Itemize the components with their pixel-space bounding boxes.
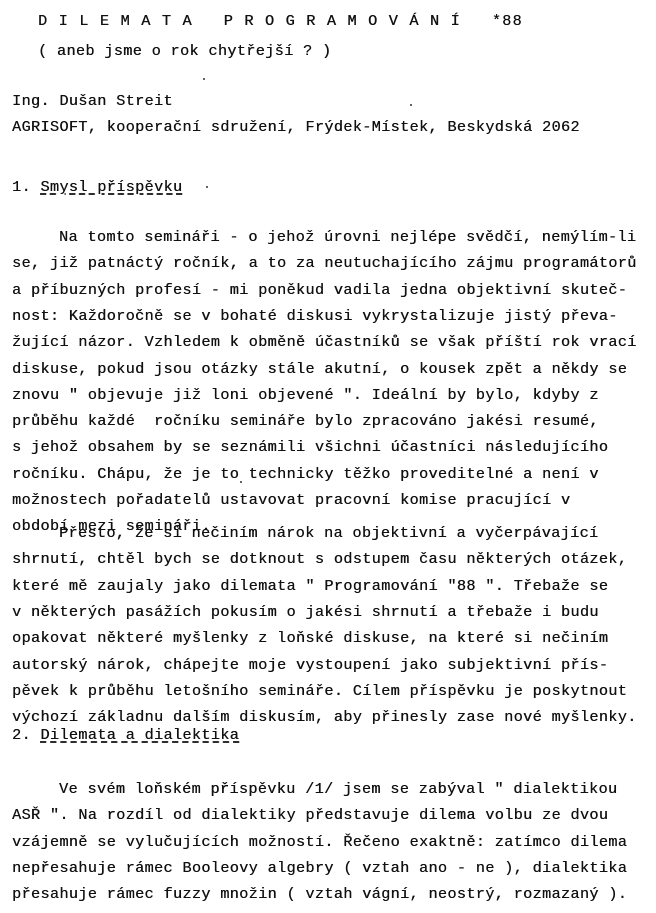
text-line: opakovat některé myšlenky z loňské disku… xyxy=(12,629,608,647)
scan-speck xyxy=(206,186,208,188)
text-line: shrnutí, chtěl bych se dotknout s odstup… xyxy=(12,550,627,568)
text-line: vzájemně se vylučujících možností. Řečen… xyxy=(12,833,627,851)
text-line: Na tomto semináři - o jehož úrovni nejlé… xyxy=(59,228,636,246)
text-line: nepřesahuje rámec Booleovy algebry ( vzt… xyxy=(12,859,627,877)
text-line: se, již patnáctý ročník, a to za neutuch… xyxy=(12,254,637,272)
section-number: 1. xyxy=(12,178,31,196)
text-line: ASŘ ". Na rozdíl od dialektiky představu… xyxy=(12,806,608,824)
section-title: Dilemata a dialektika xyxy=(40,726,239,744)
text-line: které mě zaujaly jako dilemata " Program… xyxy=(12,577,608,595)
text-line: průběhu každé ročníku semináře bylo zpra… xyxy=(12,412,599,430)
text-line: autorský nárok, chápejte moje vystoupení… xyxy=(12,656,608,674)
section-number: 2. xyxy=(12,726,31,744)
author-affiliation: AGRISOFT, kooperační sdružení, Frýdek-Mí… xyxy=(12,118,580,136)
text-line: diskuse, pokud jsou otázky stále akutní,… xyxy=(12,360,627,378)
text-line: žující názor. Vzhledem k obměně účastník… xyxy=(12,333,637,351)
text-line: Přesto, že si nečiním nárok na objektivn… xyxy=(59,524,598,542)
text-line: s jehož obsahem by se seznámili všichni … xyxy=(12,438,608,456)
text-line: možnostech pořadatelů ustavovat pracovní… xyxy=(12,491,570,509)
text-line: v některých pasážích pokusím o jakési sh… xyxy=(12,603,599,621)
text-line: Ve svém loňském příspěvku /1/ jsem se za… xyxy=(59,780,617,798)
document-subtitle: ( aneb jsme o rok chytřejší ? ) xyxy=(38,42,331,60)
text-line: výchozí základnu dalším diskusím, aby př… xyxy=(12,708,637,726)
section-title: Smysl příspěvku xyxy=(40,178,182,196)
scan-speck xyxy=(410,104,412,106)
scanned-page: D I L E M A T A P R O G R A M O V Á N Í … xyxy=(0,0,656,913)
text-line: a příbuzných profesí - mi poněkud vadila… xyxy=(12,281,627,299)
text-line: ročníku. Chápu, že je to technicky těžko… xyxy=(12,465,599,483)
section-heading-1: 1. Smysl příspěvku xyxy=(12,178,182,196)
text-line: pěvek k průběhu letošního semináře. Cíle… xyxy=(12,682,627,700)
document-title: D I L E M A T A P R O G R A M O V Á N Í … xyxy=(38,12,523,30)
author-name: Ing. Dušan Streit xyxy=(12,92,173,110)
text-line: znovu " objevuje již loni objevené ". Id… xyxy=(12,386,599,404)
scan-speck xyxy=(240,481,242,483)
section-heading-2: 2. Dilemata a dialektika xyxy=(12,726,239,744)
text-line: nost: Každoročně se v bohaté diskusi vyk… xyxy=(12,307,618,325)
text-line: přesahuje rámec fuzzy množin ( vztah vág… xyxy=(12,885,627,903)
scan-speck xyxy=(203,78,205,80)
